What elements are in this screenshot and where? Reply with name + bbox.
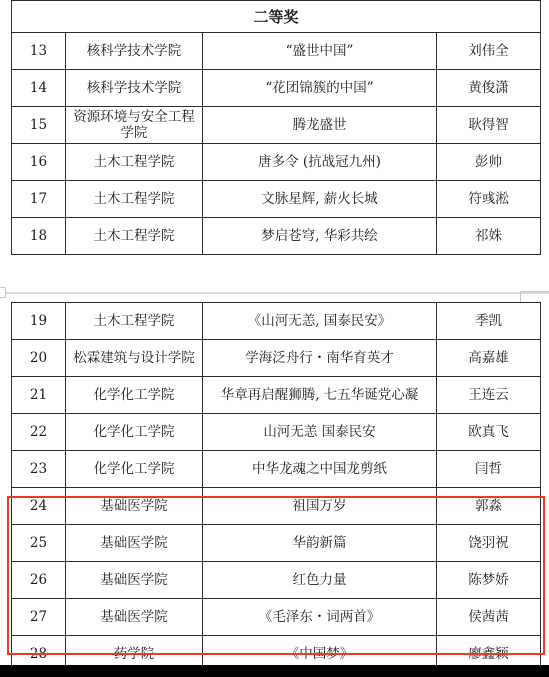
cell-author: 季凯	[437, 303, 541, 340]
cell-work-title: 腾龙盛世	[203, 107, 437, 144]
cell-college: 核科学技术学院	[66, 70, 203, 107]
table-row-highlighted: 24 基础医学院 祖国万岁 郭淼	[12, 488, 541, 525]
cell-college: 基础医学院	[66, 599, 203, 636]
cell-number: 23	[12, 451, 66, 488]
cell-number: 16	[12, 144, 66, 181]
table-row: 19 土木工程学院 《山河无恙, 国泰民安》 季凯	[12, 303, 541, 340]
cell-college: 核科学技术学院	[66, 33, 203, 70]
cell-number: 24	[12, 488, 66, 525]
cell-author: 侯茜茜	[437, 599, 541, 636]
cell-author: 符彧淞	[437, 181, 541, 218]
table-row: 14 核科学技术学院 “花团锦簇的中国” 黄俊潇	[12, 70, 541, 107]
page-gap	[0, 267, 549, 302]
table-row-highlighted: 26 基础医学院 红色力量 陈梦娇	[12, 562, 541, 599]
cell-number: 20	[12, 340, 66, 377]
award-table-page-2: 19 土木工程学院 《山河无恙, 国泰民安》 季凯 20 松霖建筑与设计学院 学…	[11, 302, 541, 673]
cell-author: 刘伟全	[437, 33, 541, 70]
cell-author: 欧真飞	[437, 414, 541, 451]
cell-college: 土木工程学院	[66, 144, 203, 181]
page-corner-mark-right	[520, 291, 549, 302]
cell-work-title: “花团锦簇的中国”	[203, 70, 437, 107]
page-corner-mark-left	[0, 287, 6, 298]
cell-number: 21	[12, 377, 66, 414]
cell-work-title: 红色力量	[203, 562, 437, 599]
cell-work-title: 梦启苍穹, 华彩共绘	[203, 218, 437, 255]
cell-number: 17	[12, 181, 66, 218]
cell-number: 26	[12, 562, 66, 599]
table-row-highlighted: 27 基础医学院 《毛泽东・词两首》 侯茜茜	[12, 599, 541, 636]
cell-work-title: 华韵新篇	[203, 525, 437, 562]
cell-college: 松霖建筑与设计学院	[66, 340, 203, 377]
cell-number: 19	[12, 303, 66, 340]
cell-college: 化学化工学院	[66, 414, 203, 451]
cell-author: 郭淼	[437, 488, 541, 525]
section-title-row: 二等奖	[12, 1, 541, 33]
cell-college: 基础医学院	[66, 562, 203, 599]
cell-number: 25	[12, 525, 66, 562]
table-row: 22 化学化工学院 山河无恙 国泰民安 欧真飞	[12, 414, 541, 451]
table-row: 18 土木工程学院 梦启苍穹, 华彩共绘 祁姝	[12, 218, 541, 255]
cell-work-title: 《山河无恙, 国泰民安》	[203, 303, 437, 340]
cell-author: 王连云	[437, 377, 541, 414]
table-row: 21 化学化工学院 华章再启醒狮腾, 七五华诞党心凝 王连云	[12, 377, 541, 414]
table-row-highlighted: 25 基础医学院 华韵新篇 饶羽祝	[12, 525, 541, 562]
cell-author: 黄俊潇	[437, 70, 541, 107]
cell-work-title: 《毛泽东・词两首》	[203, 599, 437, 636]
cell-work-title: 唐多令 (抗战冠九州)	[203, 144, 437, 181]
cell-college: 基础医学院	[66, 488, 203, 525]
cell-work-title: 山河无恙 国泰民安	[203, 414, 437, 451]
cell-work-title: 文脉星辉, 薪火长城	[203, 181, 437, 218]
table-row: 15 资源环境与安全工程学院 腾龙盛世 耿得智	[12, 107, 541, 144]
cell-college: 土木工程学院	[66, 303, 203, 340]
cell-author: 祁姝	[437, 218, 541, 255]
cell-number: 15	[12, 107, 66, 144]
cell-number: 13	[12, 33, 66, 70]
cell-college: 土木工程学院	[66, 218, 203, 255]
award-table-page-1: 二等奖 13 核科学技术学院 “盛世中国” 刘伟全 14 核科学技术学院 “花团…	[11, 0, 541, 255]
table-row: 20 松霖建筑与设计学院 学海泛舟行・南华育英才 高嘉雄	[12, 340, 541, 377]
cell-author: 饶羽祝	[437, 525, 541, 562]
section-title: 二等奖	[12, 1, 541, 33]
cell-author: 彭帅	[437, 144, 541, 181]
bottom-black-band	[0, 665, 549, 677]
cell-number: 27	[12, 599, 66, 636]
cell-author: 高嘉雄	[437, 340, 541, 377]
table-row: 16 土木工程学院 唐多令 (抗战冠九州) 彭帅	[12, 144, 541, 181]
cell-college: 土木工程学院	[66, 181, 203, 218]
cell-work-title: 祖国万岁	[203, 488, 437, 525]
table-row: 23 化学化工学院 中华龙魂之中国龙剪纸 闫哲	[12, 451, 541, 488]
cell-number: 18	[12, 218, 66, 255]
cell-college: 化学化工学院	[66, 451, 203, 488]
cell-work-title: 学海泛舟行・南华育英才	[203, 340, 437, 377]
cell-author: 耿得智	[437, 107, 541, 144]
cell-college: 基础医学院	[66, 525, 203, 562]
page-break-divider	[0, 292, 549, 294]
table-row: 13 核科学技术学院 “盛世中国” 刘伟全	[12, 33, 541, 70]
cell-author: 闫哲	[437, 451, 541, 488]
cell-work-title: 中华龙魂之中国龙剪纸	[203, 451, 437, 488]
cell-work-title: “盛世中国”	[203, 33, 437, 70]
cell-college: 资源环境与安全工程学院	[66, 107, 203, 144]
document-page: 二等奖 13 核科学技术学院 “盛世中国” 刘伟全 14 核科学技术学院 “花团…	[0, 0, 549, 677]
cell-work-title: 华章再启醒狮腾, 七五华诞党心凝	[203, 377, 437, 414]
table-row: 17 土木工程学院 文脉星辉, 薪火长城 符彧淞	[12, 181, 541, 218]
cell-college: 化学化工学院	[66, 377, 203, 414]
cell-author: 陈梦娇	[437, 562, 541, 599]
cell-number: 14	[12, 70, 66, 107]
cell-number: 22	[12, 414, 66, 451]
